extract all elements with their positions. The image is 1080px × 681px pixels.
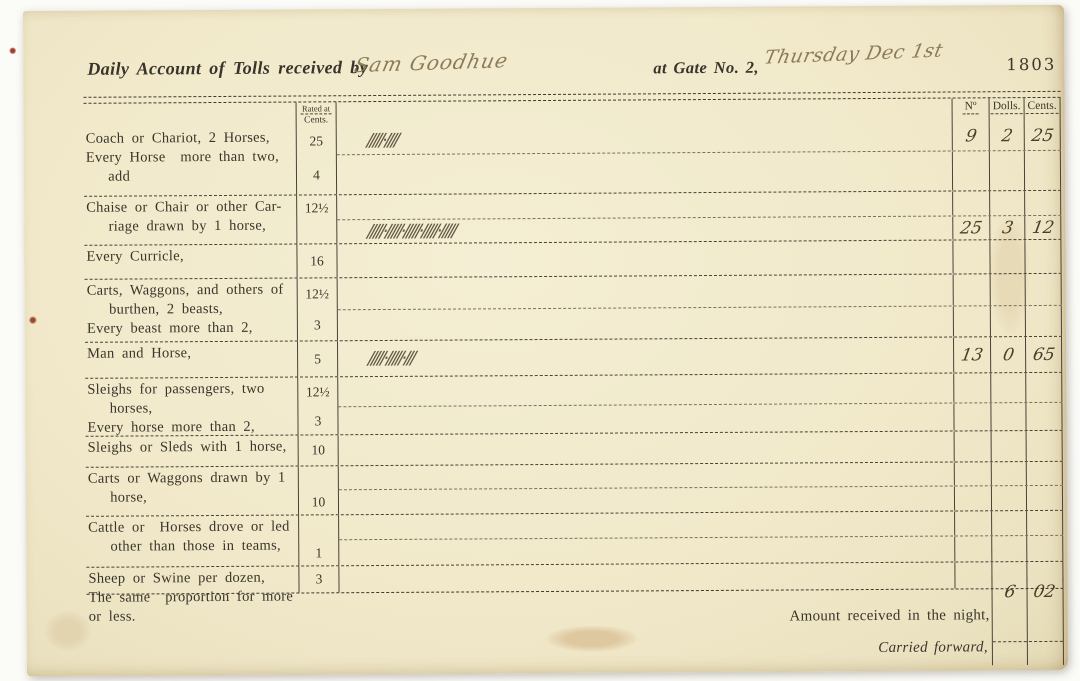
col-dolls-label: Dolls. [991, 100, 1023, 114]
row-label-line: Every Horse more than two, [86, 148, 296, 168]
value-cents: 12 [1024, 216, 1061, 239]
value-dolls [989, 240, 1024, 273]
row-label-line: Every Curricle, [86, 247, 296, 267]
row-entry-area [339, 511, 1063, 565]
rate-value: 3 [298, 407, 337, 434]
row-label-line: or less. [89, 607, 299, 627]
value-dolls-handwriting: 0 [1001, 345, 1015, 365]
rate-value [297, 220, 336, 243]
value-no [954, 486, 991, 510]
toll-row: Carts or Waggons drawn by 1 horse,10 [86, 462, 1063, 517]
rate-cell: 3 [298, 566, 339, 592]
rate-cell: 254 [296, 126, 337, 194]
toll-row: Chaise or Chair or other Car- riage draw… [84, 191, 1061, 246]
tally-cell [337, 241, 952, 278]
value-dolls [990, 306, 1025, 336]
document-scan: Daily Account of Tolls received by Sam G… [0, 0, 1080, 681]
entry-line [338, 306, 1062, 340]
rate-cell: 1 [298, 515, 339, 565]
row-entry-area: /////·/////·/////·/////·/////25312 [337, 191, 1061, 243]
entry-line [339, 536, 1063, 565]
night-amount-label: Amount received in the night, [587, 607, 990, 626]
tally-cell [339, 463, 954, 490]
row-label: Carts or Waggons drawn by 1 horse, [86, 467, 298, 516]
rate-cell: 12½3 [297, 377, 338, 434]
row-label: Man and Horse, [85, 342, 297, 378]
col-no-label: Nº [963, 100, 979, 114]
entry-line [337, 151, 1061, 194]
rate-cell: 12½3 [297, 278, 338, 340]
value-dolls [990, 373, 1025, 402]
value-cents [1026, 431, 1063, 461]
tally-cell [338, 404, 953, 435]
row-label-line: Sleighs or Sleds with 1 horse, [88, 438, 298, 458]
entry-line [338, 403, 1062, 434]
entry-line [337, 240, 1061, 277]
value-no: 9 [952, 122, 989, 150]
stain [45, 611, 91, 651]
value-no [953, 403, 990, 430]
row-entry-area [338, 373, 1062, 434]
value-cents [1024, 191, 1061, 215]
value-no [954, 536, 991, 561]
tally-cell [337, 192, 952, 220]
col-dolls-header: Dolls. [989, 98, 1024, 122]
row-label-line: Carts or Waggons drawn by 1 [88, 469, 298, 489]
value-cents [1024, 151, 1061, 190]
value-no: 25 [952, 216, 989, 239]
row-label-line: The same proportion for more [89, 588, 299, 608]
tally-cell [339, 487, 954, 515]
entry-line [338, 373, 1062, 407]
col-cents-label: Cents. [1025, 100, 1058, 114]
total-cents-value: 02 [1032, 582, 1057, 602]
header-spacer [84, 103, 296, 128]
toll-row: Coach or Chariot, 2 Horses,Every Horse m… [84, 122, 1061, 197]
row-label-line: Carts, Waggons, and others of [87, 281, 297, 301]
row-label-line: Coach or Chariot, 2 Horses, [86, 129, 296, 149]
tally-marks: /////·/////·/// [366, 348, 416, 369]
col-cents-header: Cents. [1024, 98, 1061, 122]
tally-cell [337, 152, 952, 195]
value-dolls [989, 191, 1024, 215]
value-no [952, 240, 989, 273]
value-dolls [989, 151, 1024, 190]
value-dolls: 2 [989, 122, 1024, 150]
tally-marks: /////·/////·/////·/////·///// [365, 221, 458, 243]
value-dolls [991, 511, 1026, 535]
row-label-line: burthen, 2 beasts, [87, 300, 297, 320]
row-label: Every Curricle, [84, 245, 296, 279]
toll-row: Man and Horse,5/////·/////·///13065 [85, 337, 1062, 379]
tally-cell [339, 432, 954, 466]
row-label: Sleighs for passengers, two horses,Every… [85, 378, 297, 436]
row-label-line: Cattle or Horses drove or led [88, 518, 298, 538]
rate-value: 25 [297, 126, 336, 155]
rate-value: 3 [298, 310, 337, 340]
rate-value: 12½ [298, 278, 337, 310]
rate-value: 5 [298, 341, 337, 376]
tally-cell [338, 307, 953, 341]
foxing-spot [29, 316, 37, 324]
value-dolls [990, 274, 1025, 305]
value-cents: 25 [1024, 122, 1061, 150]
tally-cell [339, 537, 954, 566]
value-no [954, 431, 991, 461]
row-label: Sheep or Swine per dozen,The same propor… [86, 567, 298, 594]
value-no [952, 191, 989, 215]
row-label-line: add [86, 167, 296, 187]
value-dolls [991, 486, 1026, 510]
value-cents [1025, 373, 1062, 402]
value-no [954, 562, 991, 588]
row-entry-area [338, 274, 1062, 340]
tally-cell: /////·/////·/// [338, 338, 953, 377]
tally-cell [339, 563, 954, 593]
entry-line: /////·////9225 [337, 122, 1061, 155]
tally-cell [338, 374, 953, 407]
toll-row: Sleighs for passengers, two horses,Every… [85, 373, 1062, 437]
rate-value: 10 [299, 490, 338, 514]
rate-value: 12½ [298, 377, 337, 407]
row-label: Chaise or Chair or other Car- riage draw… [84, 196, 296, 245]
row-label-line: horses, [87, 399, 297, 419]
value-no: 13 [953, 337, 990, 372]
value-cents-handwriting: 25 [1030, 126, 1055, 146]
value-dolls [990, 403, 1025, 430]
value-no [954, 462, 991, 485]
value-no [953, 373, 990, 402]
entry-line [338, 274, 1062, 310]
row-divider [993, 641, 1063, 642]
value-no [952, 151, 989, 190]
carried-forward-label: Carried forward, [587, 639, 988, 658]
value-no [954, 511, 991, 535]
entry-line [339, 562, 1063, 592]
rate-value: 12½ [297, 195, 336, 220]
row-entry-area [339, 431, 1063, 465]
row-label-line: horse, [88, 488, 298, 508]
totals-columns: 6 02 [991, 577, 1064, 665]
row-label-line: Sleighs for passengers, two [87, 380, 297, 400]
toll-row: Carts, Waggons, and others of burthen, 2… [85, 274, 1062, 343]
value-cents: 65 [1025, 337, 1062, 372]
rate-cell: 5 [297, 341, 338, 376]
value-dolls [991, 462, 1026, 485]
entry-line [339, 486, 1063, 514]
value-dolls: 0 [990, 337, 1025, 372]
value-no-handwriting: 25 [959, 218, 984, 238]
rate-cell: 16 [296, 244, 337, 277]
rate-value: 3 [299, 566, 338, 592]
value-no [953, 306, 990, 336]
row-entry-area [339, 462, 1063, 514]
tally-marks: /////·//// [364, 129, 399, 150]
value-dolls [991, 536, 1026, 561]
row-entry-area: /////·/////·///13065 [338, 337, 1062, 376]
paper-sheet: Daily Account of Tolls received by Sam G… [23, 5, 1068, 676]
row-label-line: Man and Horse, [87, 344, 297, 364]
form-title: Daily Account of Tolls received by [87, 57, 368, 80]
value-cents [1026, 536, 1063, 561]
value-no [953, 274, 990, 305]
keeper-name-handwriting: Sam Goodhue [352, 48, 511, 77]
tally-cell [339, 512, 954, 540]
foxing-spot [9, 47, 16, 54]
entry-line [339, 431, 1063, 465]
value-cents-handwriting: 12 [1030, 217, 1055, 237]
gate-label: at Gate No. 2, [653, 58, 759, 79]
row-entry-area [339, 562, 1063, 592]
row-label-line: Chaise or Chair or other Car- [86, 198, 296, 218]
rate-value: 16 [297, 244, 336, 277]
toll-table: Rated at Cents. Nº Dolls. Cents. [84, 91, 1064, 595]
row-label: Cattle or Horses drove or led other than… [86, 516, 298, 567]
value-cents [1026, 511, 1063, 535]
value-cents [1026, 462, 1063, 485]
value-dolls: 3 [989, 216, 1024, 239]
rated-at-header: Rated at Cents. [296, 102, 337, 126]
tally-cell [338, 275, 953, 310]
value-cents [1025, 403, 1062, 430]
value-cents [1024, 240, 1061, 273]
value-cents [1025, 274, 1062, 305]
rate-value [299, 466, 338, 490]
row-label-line: Sheep or Swine per dozen, [88, 569, 298, 589]
value-cents [1025, 306, 1062, 336]
rate-value: 1 [299, 540, 338, 565]
toll-row: Sheep or Swine per dozen,The same propor… [86, 562, 1063, 595]
rate-cell: 10 [298, 435, 339, 465]
row-label-line: other than those in teams, [88, 537, 298, 557]
total-dolls-value: 6 [1002, 582, 1016, 602]
value-dolls [991, 431, 1026, 461]
date-handwriting: Thursday Dec 1st [762, 39, 945, 68]
year-label: 1803 [1006, 55, 1056, 74]
value-dolls-handwriting: 2 [1000, 126, 1014, 146]
value-cents-handwriting: 65 [1031, 344, 1056, 364]
rate-value [299, 515, 338, 540]
rate-value: 4 [297, 155, 336, 194]
toll-row: Cattle or Horses drove or led other than… [86, 511, 1063, 568]
row-label: Sleighs or Sleds with 1 horse, [86, 436, 298, 467]
row-label: Coach or Chariot, 2 Horses,Every Horse m… [84, 127, 296, 196]
rate-cell: 10 [298, 466, 339, 514]
rated-at-label: Rated at [301, 103, 331, 114]
row-label-line: riage drawn by 1 horse, [86, 217, 296, 237]
entry-line: /////·/////·///13065 [338, 337, 1062, 376]
toll-table-rows: Coach or Chariot, 2 Horses,Every Horse m… [84, 122, 1064, 595]
row-label-line: Every beast more than 2, [87, 319, 297, 339]
tally-cell: /////·/////·/////·/////·///// [337, 217, 952, 244]
row-entry-area: /////·////9225 [337, 122, 1061, 194]
rate-cell: 12½ [296, 195, 337, 243]
value-cents [1026, 486, 1063, 510]
value-dolls-handwriting: 3 [1000, 218, 1014, 238]
tally-cell: /////·//// [337, 123, 952, 155]
cents-unit-label: Cents. [304, 115, 328, 126]
row-entry-area [337, 240, 1061, 277]
entry-line: /////·/////·/////·/////·/////25312 [337, 216, 1061, 243]
row-label: Carts, Waggons, and others of burthen, 2… [85, 279, 297, 342]
col-no-header: Nº [952, 98, 989, 122]
value-no-handwriting: 13 [960, 345, 985, 365]
value-no-handwriting: 9 [964, 126, 978, 146]
rate-value: 10 [299, 435, 338, 465]
